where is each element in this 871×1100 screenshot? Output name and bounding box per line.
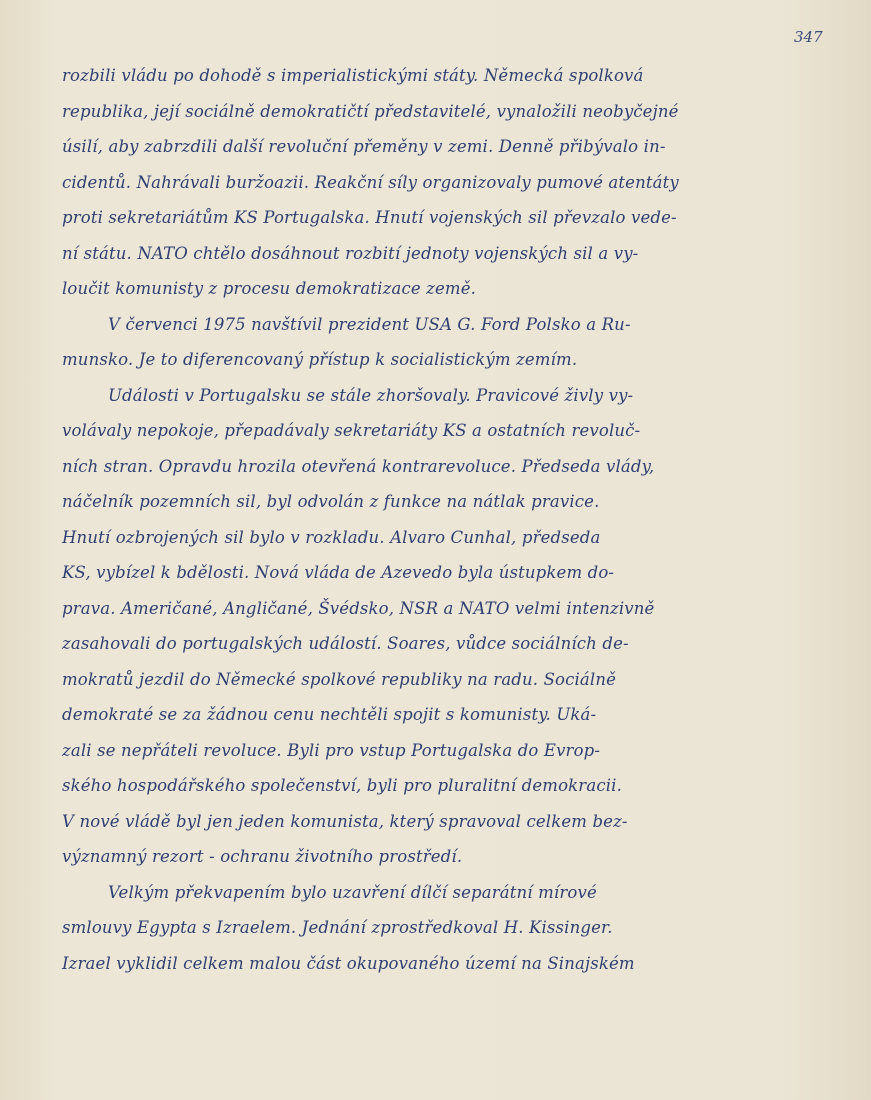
text-line: cidentů. Nahrávali buržoazii. Reakční sí… xyxy=(62,165,797,201)
text-line: munsko. Je to diferencovaný přístup k so… xyxy=(62,342,797,378)
text-line: významný rezort - ochranu životního pros… xyxy=(62,839,797,875)
text-line: smlouvy Egypta s Izraelem. Jednání zpros… xyxy=(62,910,797,946)
text-line: prava. Američané, Angličané, Švédsko, NS… xyxy=(62,591,797,627)
text-line: V červenci 1975 navštívil prezident USA … xyxy=(62,307,797,343)
text-line: KS, vybízel k bdělosti. Nová vláda de Az… xyxy=(62,555,797,591)
text-line: ních stran. Opravdu hrozila otevřená kon… xyxy=(62,449,797,485)
text-line: Události v Portugalsku se stále zhoršova… xyxy=(62,378,797,414)
text-line: V nové vládě byl jen jeden komunista, kt… xyxy=(62,804,797,840)
text-line: ní státu. NATO chtělo dosáhnout rozbití … xyxy=(62,236,797,272)
page-number: 347 xyxy=(794,28,823,46)
text-line: Izrael vyklidil celkem malou část okupov… xyxy=(62,946,797,982)
text-line: Hnutí ozbrojených sil bylo v rozkladu. A… xyxy=(62,520,797,556)
text-line: demokraté se za žádnou cenu nechtěli spo… xyxy=(62,697,797,733)
text-line: úsilí, aby zabrzdili další revoluční pře… xyxy=(62,129,797,165)
text-line: loučit komunisty z procesu demokratizace… xyxy=(62,271,797,307)
text-line: náčelník pozemních sil, byl odvolán z fu… xyxy=(62,484,797,520)
text-line: zasahovali do portugalských událostí. So… xyxy=(62,626,797,662)
text-line: ského hospodářského společenství, byli p… xyxy=(62,768,797,804)
handwritten-text-body: rozbili vládu po dohodě s imperialistick… xyxy=(62,58,797,981)
text-line: mokratů jezdil do Německé spolkové repub… xyxy=(62,662,797,698)
handwritten-page: 347 rozbili vládu po dohodě s imperialis… xyxy=(0,0,871,1100)
text-line: volávaly nepokoje, přepadávaly sekretari… xyxy=(62,413,797,449)
text-line: zali se nepřáteli revoluce. Byli pro vst… xyxy=(62,733,797,769)
text-line: Velkým překvapením bylo uzavření dílčí s… xyxy=(62,875,797,911)
text-line: rozbili vládu po dohodě s imperialistick… xyxy=(62,58,797,94)
text-line: proti sekretariátům KS Portugalska. Hnut… xyxy=(62,200,797,236)
text-line: republika, její sociálně demokratičtí př… xyxy=(62,94,797,130)
